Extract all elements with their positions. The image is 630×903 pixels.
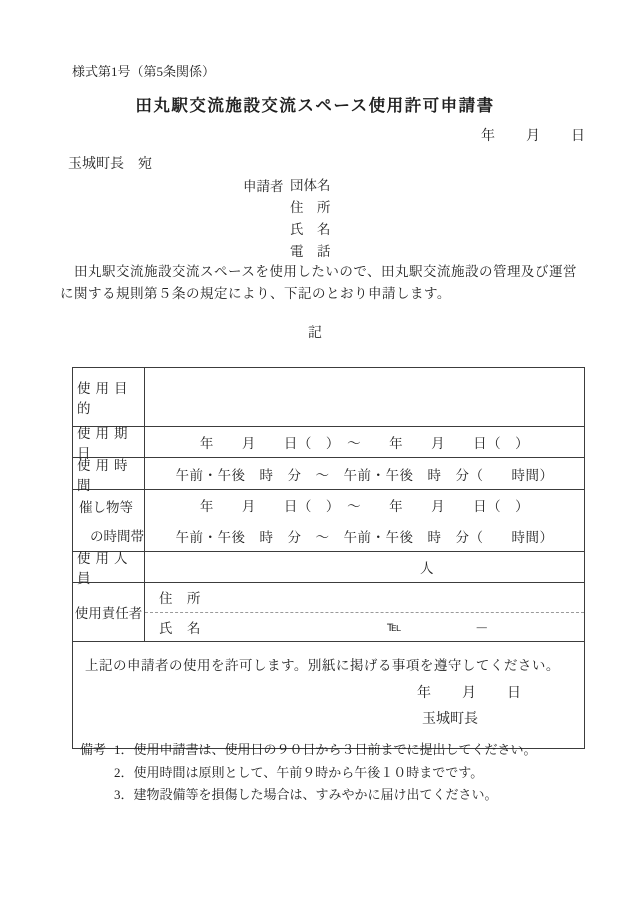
notes-items: 1．使用申請書は、使用日の９０日から３日前までに提出してください。 2．使用時間… [114,739,537,807]
responsible-address-label: 住 所 [159,587,201,607]
applicant-field-organization: 団体名 [290,175,331,197]
use-time-value: 午前・午後 時 分 ～ 午前・午後 時 分（ 時間） [145,458,584,489]
application-form-page: 様式第1号（第5条関係） 田丸駅交流施設交流スペース使用許可申請書 年 月 日 … [0,0,630,903]
responsible-person-label: 使用責任者 [73,583,145,641]
table-row-responsible-person: 使用責任者 住 所 氏 名 ℡ － [73,583,584,642]
event-period-label: 催し物等 の時間帯 [73,490,145,551]
addressee: 玉城町長 宛 [68,153,152,173]
event-period-label-line1: 催し物等 [73,496,133,516]
table-row-use-time: 使用時間 午前・午後 時 分 ～ 午前・午後 時 分（ 時間） [73,458,584,490]
responsible-address-row: 住 所 [145,583,584,613]
table-row-approval: 上記の申請者の使用を許可します。別紙に掲げる事項を遵守してください。 年 月 日… [73,656,584,748]
approval-signer: 玉城町長 [73,710,584,730]
responsible-person-value: 住 所 氏 名 ℡ － [145,583,584,641]
table-row-event-period: 催し物等 の時間帯 年 月 日（ ） ～ 年 月 日（ ） 午前・午後 時 分 … [73,490,584,552]
tel-symbol: ℡ [387,619,402,635]
approval-date-line: 年 月 日 [73,684,584,704]
body-paragraph: 田丸駅交流施設交流スペースを使用したいので、田丸駅交流施設の管理及び運営に関する… [60,261,588,305]
document-title: 田丸駅交流施設交流スペース使用許可申請書 [0,92,630,116]
tel-number-dash: － [475,617,489,637]
applicant-field-phone: 電 話 [290,241,331,263]
event-period-value: 年 月 日（ ） ～ 年 月 日（ ） 午前・午後 時 分 ～ 午前・午後 時 … [145,490,584,551]
event-period-label-line2: の時間帯 [73,525,144,545]
table-row-use-date: 使用期日 年 月 日（ ） ～ 年 月 日（ ） [73,427,584,458]
note-item-2: 2．使用時間は原則として、午前９時から午後１０時までです。 [114,762,537,785]
note-item-3: 3．建物設備等を損傷した場合は、すみやかに届け出てください。 [114,784,537,807]
people-count-unit: 人 [145,552,584,582]
notes-section: 備考 1．使用申請書は、使用日の９０日から３日前までに提出してください。 2．使… [80,739,537,807]
applicant-field-name: 氏 名 [290,219,331,241]
use-time-label: 使用時間 [73,458,145,489]
applicant-field-address: 住 所 [290,197,331,219]
event-period-time-line: 午前・午後 時 分 ～ 午前・午後 時 分（ 時間） [145,521,584,552]
purpose-label: 使用目的 [73,368,145,426]
applicant-fields: 団体名 住 所 氏 名 電 話 [290,175,331,263]
form-number: 様式第1号（第5条関係） [72,61,215,80]
responsible-name-label: 氏 名 [159,617,201,637]
table-row-people-count: 使用人員 人 [73,552,584,583]
approval-text: 上記の申請者の使用を許可します。別紙に掲げる事項を遵守してください。 [73,656,584,676]
use-date-label: 使用期日 [73,427,145,457]
note-item-1: 1．使用申請書は、使用日の９０日から３日前までに提出してください。 [114,739,537,762]
table-row-purpose: 使用目的 [73,368,584,427]
applicant-label: 申請者 [243,175,284,195]
section-marker: 記 [0,322,630,342]
notes-label: 備考 [80,739,106,807]
people-count-label: 使用人員 [73,552,145,582]
event-period-date-line: 年 月 日（ ） ～ 年 月 日（ ） [145,490,584,521]
purpose-value [145,368,584,426]
application-date-line: 年 月 日 [0,125,586,145]
application-table: 使用目的 使用期日 年 月 日（ ） ～ 年 月 日（ ） 使用時間 午前・午後… [72,367,585,749]
use-date-value: 年 月 日（ ） ～ 年 月 日（ ） [145,427,584,457]
responsible-name-row: 氏 名 ℡ － [145,613,584,642]
